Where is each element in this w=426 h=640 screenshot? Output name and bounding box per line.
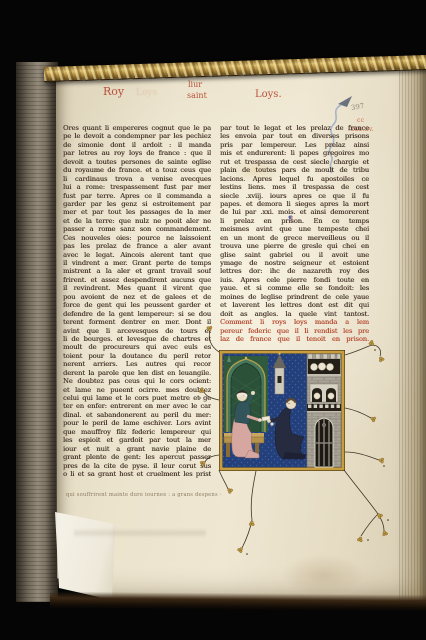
paraph-mark: ¶ — [288, 215, 292, 223]
text-line: grant plente de gent: les apercut passer — [63, 453, 211, 461]
running-title-left: Roy — [103, 85, 124, 98]
text-line: frirent. et assez despendirent aucuns qu… — [63, 276, 211, 284]
text-line: derent la parole que len dist en leuangi… — [63, 369, 211, 377]
text-line: en un mont de grece merveilleus ou il — [220, 234, 369, 242]
running-title-center-bottom: saint — [187, 91, 207, 100]
text-line: lestins liens. mes il trespassa de cest — [220, 183, 369, 191]
text-line: o li et sa grant host et cruelment les p… — [63, 470, 211, 478]
text-line: ymage de nostre seigneur et estoient — [220, 259, 369, 267]
king-raised-hand — [251, 391, 255, 395]
text-line: pou avoient de nez et de galees et de — [63, 293, 211, 301]
text-line: moult de procureurs qui avec euls es — [63, 343, 211, 351]
text-line: que mauffroy filz federic lempereur qui — [63, 428, 211, 436]
text-line: defendre de la gent lempereur: si se dou — [63, 310, 211, 318]
page-bottom-shadow — [50, 591, 426, 611]
text-line: meismes avint que une tempeste chei — [220, 225, 369, 233]
text-line: mis et endurerent: li papes gregoires mo — [220, 149, 369, 157]
text-line: pris par lempereur. Les prelaz ainsi — [220, 141, 369, 149]
text-line: avec le legat. Aincois alerent tant que — [63, 251, 211, 259]
running-title-center-top: liur — [188, 80, 202, 89]
text-line: li prelaz en prison. En ce temps — [220, 217, 369, 225]
miniature-king-sends-messenger — [219, 350, 345, 471]
rubric-line: pereur federic que il li rendist les pre — [220, 327, 369, 335]
text-line: par letres au roy loys de france : que i… — [63, 149, 211, 157]
text-line: li de bourges. et levesque de chartres e… — [63, 335, 211, 343]
text-line: les envoia par tout en diverses prisons — [220, 132, 369, 140]
text-line: siecle .xviij. iours apres ce que il fu — [220, 192, 369, 200]
text-line: du royaume de france. et a touz ceus que — [63, 166, 211, 174]
margin-annotation: qui souffrirent mainte dure iournee : a … — [66, 492, 226, 498]
text-line: dinal. et sabandonerent au peril du mer: — [63, 411, 211, 419]
text-line: les espioit et gardoit par tout la mer — [63, 436, 211, 444]
text-line: ter en enfer: entrerent en mer avec le c… — [63, 402, 211, 410]
text-line: lettres dor: ihc de nazareth roy des — [220, 267, 369, 275]
prisoner-heads-top — [310, 363, 333, 371]
text-line: celui qui lame et le cors puet metre et … — [63, 394, 211, 402]
show-through-text — [74, 528, 206, 538]
text-column-left: Ores quant li empereres cognut que le pa… — [63, 124, 211, 478]
text-line: pe le devoit a condempner par les pechie… — [63, 132, 211, 140]
text-line: yaue. et si comme elle se fondoit: les — [220, 284, 369, 292]
text-line: de lui par .xxi. mois. et ainsi demorere… — [220, 208, 369, 216]
text-line: pas les prelaz de france a aler avant — [63, 242, 211, 250]
text-line: Ces nouveles oies: pource ne laissoient — [63, 234, 211, 242]
rubric-line: laz de france que il tenoit en prison. — [220, 335, 369, 343]
running-title-right: Loys. — [255, 89, 282, 100]
text-line: lui a rome: trespassement fust par mer — [63, 183, 211, 191]
rubric: Comment li roys loys manda a lempereur f… — [220, 318, 369, 343]
text-line: et de la terre: que nulz ne pooit aler n… — [63, 217, 211, 225]
text-line: garder par les genz si estroitement par — [63, 200, 211, 208]
text-line: iuis. Apres cele pierre fondi toute en — [220, 276, 369, 284]
text-line: plain de toutes pars de moult de tribu — [220, 166, 369, 174]
text-line: pour le peril de lame eschiver. Lors avi… — [63, 419, 211, 427]
text-line: avint que li arcevesques de tours et — [63, 327, 211, 335]
portcullis-bars — [316, 419, 332, 466]
text-line: fust par terre. Apres ce il commanda a — [63, 192, 211, 200]
text-line: pres de la cite de pyse. il leur corut s… — [63, 462, 211, 470]
text-line: papes. et demora li sieges apres la mort — [220, 200, 369, 208]
text-line: mer et par tout les passages de la mer — [63, 208, 211, 216]
text-line: nerent arriers. Les autres qui recor — [63, 360, 211, 368]
text-line: par tout le legat et les prelaz de franc… — [220, 124, 369, 132]
text-line: force de gent qui les peussent garder et — [63, 301, 211, 309]
manuscript-photo: Roy Loys liur saint Loys. 397 cc .xxx.xv… — [0, 0, 426, 640]
text-line: devoit a toutes persones de sainte eglis… — [63, 158, 211, 166]
text-line: il revindrent. Mes quant il virent que — [63, 284, 211, 292]
text-line: il vindrent a mer. Grant perte de temps — [63, 259, 211, 267]
text-line: iour et nuit a grant navie plaine de — [63, 445, 211, 453]
text-line: li cardinaus trova a venise avecques — [63, 175, 211, 183]
text-line: terent forment dentrer en mer. Dont il — [63, 318, 211, 326]
text-column-right: par tout le legat et les prelaz de franc… — [220, 124, 369, 343]
book-gutter-page-edges — [16, 62, 58, 602]
text-line: lacions. Apres lequel fu apostoiles ce — [220, 175, 369, 183]
prison-tower — [307, 354, 341, 467]
text-line: de simonie dont il ardoit : il manda — [63, 141, 211, 149]
text-line: rut et trespassa de cest siecle chargie … — [220, 158, 369, 166]
text-line: Ne doubtez pas ceus qui le cors ocient: — [63, 377, 211, 385]
text-line: toient pour la doutance du peril retor — [63, 352, 211, 360]
text-line: et lame ne pueent ocirre. mes doubtez — [63, 386, 211, 394]
fore-edge-leaves — [399, 62, 426, 602]
text-line: mistrent a la aler et grant travail souf — [63, 267, 211, 275]
text-line: trouva une pierre de gresle qui chei en — [220, 242, 369, 250]
text-line: et laverent les lettres dont est dit qui — [220, 301, 369, 309]
text-line: moines de leglise prindrent de cele yaue — [220, 293, 369, 301]
text-line: Ores quant li empereres cognut que le pa — [63, 124, 211, 132]
text-line: passer a rome sanz son commandement. — [63, 225, 211, 233]
text-line: doit as angles. la quele vint tantost. — [220, 310, 369, 318]
text-line: glise saint gabriel ou il avoit une — [220, 251, 369, 259]
running-title-ghost: Loys — [136, 88, 157, 98]
text-block: par tout le legat et les prelaz de franc… — [220, 124, 369, 318]
rubric-line: Comment li roys loys manda a lem — [220, 318, 369, 326]
